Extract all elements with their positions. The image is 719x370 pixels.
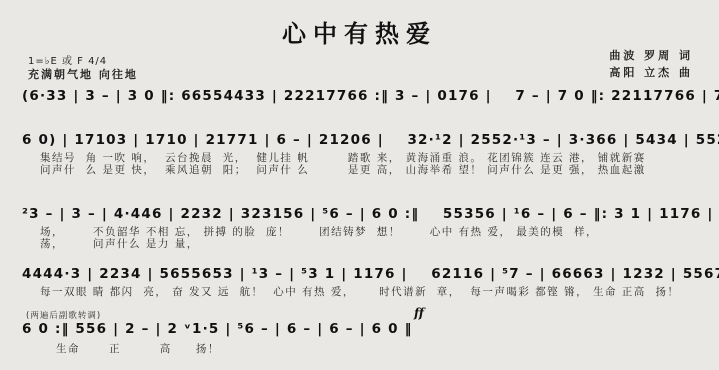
notation-line-2: 6 0) | 17103 | 1710 | 21771 | 6 – | 2120… [22,132,712,148]
notation-line-3: ²3 – | 3 – | 4·446 | 2232 | 323156 | ⁵6 … [22,206,712,222]
sheet-music-page: 心中有热爱 1=♭E 或 F 4/4 充满朝气地 向往地 曲波 罗周 词 高阳 … [0,0,719,370]
notation-line-1: (6·33 | 3 – | 3 0 ‖: 66554433 | 22217766… [22,88,712,104]
lyrics-line-3-verse2: 荡， 问声什么 是力 量， [40,236,716,251]
lyrics-line-5: 生命 正 高 扬！ [56,341,719,356]
lyrics-line-2-verse2: 问声什 么 是更 快， 乘风追朝 阳； 问声什 么 是更 高， 山海举希 望！ … [40,162,716,177]
credits-block: 曲波 罗周 词 高阳 立杰 曲 [609,47,693,81]
tempo-marking: 充满朝气地 向往地 [28,66,138,82]
lyrics-line-4: 每一双眼 睛 都闪 亮， 奋 发又 远 航！ 心中 有热 爱， 时代谱新 章， … [40,284,716,299]
notation-line-4: 4444·3 | 2234 | 5655653 | ¹3 – | ⁵3 1 | … [22,266,712,282]
key-signature: 1=♭E 或 F 4/4 [28,52,107,67]
song-title: 心中有热爱 [0,14,719,49]
modulation-annotation: (两遍后副歌转调) [26,309,101,321]
notation-line-5: 6 0 :‖ 556 | 2 – | 2 ᵛ1·5 | ⁵6 – | 6 – |… [22,321,712,337]
composer-credit: 高阳 立杰 曲 [609,64,693,81]
dynamic-ff-marking: ff [414,306,424,320]
lyricist-credit: 曲波 罗周 词 [609,47,693,64]
